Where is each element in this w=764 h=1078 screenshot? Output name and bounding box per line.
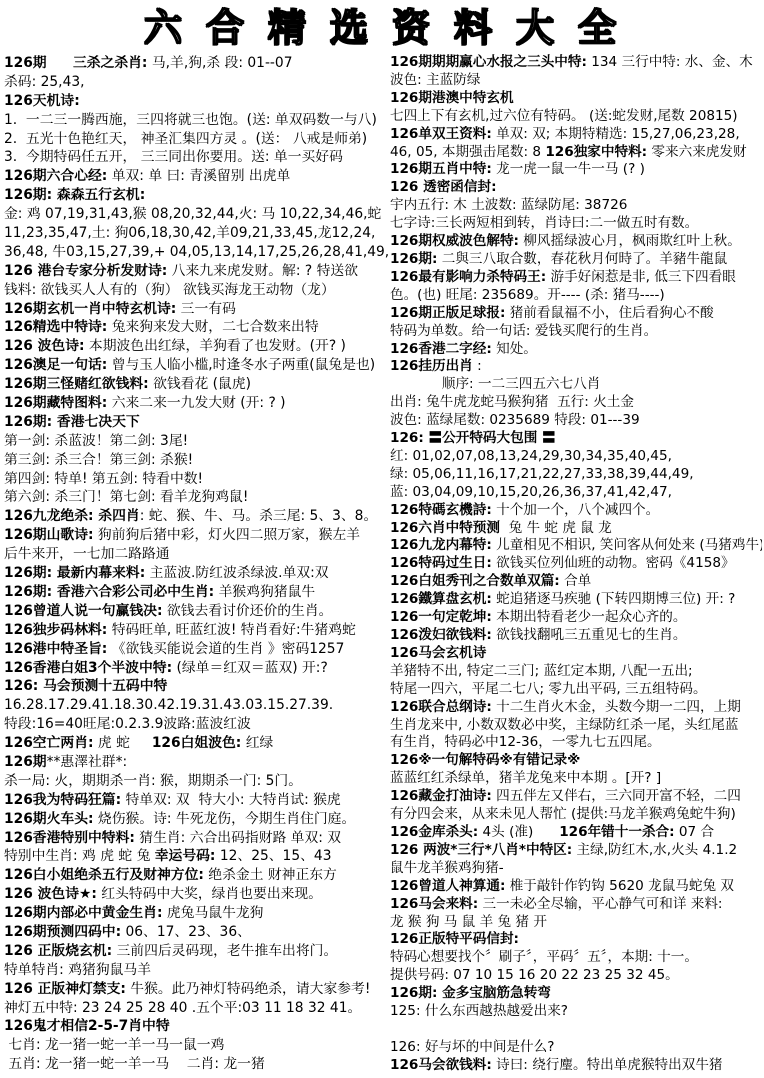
text-line: 126六肖中特预测 兔 牛 蛇 虎 鼠 龙 bbox=[390, 520, 762, 538]
text-line: 特码为单数。给一句话: 爱钱买爬行的生肖。 bbox=[390, 323, 762, 341]
section-text: 金: 鸡 07,19,31,43,猴 08,20,32,44,火: 马 10,2… bbox=[4, 206, 381, 222]
section-label: 126※一句解特码※有错记录※ bbox=[390, 752, 580, 768]
section-text: 诗曰: 绕行麈。特出单虎猴特出双牛猪 bbox=[492, 1057, 723, 1073]
section-text: 特码为单数。给一句话: 爱钱买爬行的生肖。 bbox=[390, 323, 657, 339]
section-text: 本期出特看老少一起众心齐的。 bbox=[492, 609, 687, 625]
text-line: 126九龙绝杀: 杀四肖: 蛇、猴、牛、马。杀三尾: 5、3、8。 bbox=[4, 507, 390, 526]
text-line: 126※一句解特码※有错记录※ bbox=[390, 752, 762, 770]
section-label: 126香港特别中特料: bbox=[4, 830, 135, 846]
text-line: 126期内部必中黄金生肖: 虎兔马鼠牛龙狗 bbox=[4, 904, 390, 923]
text-line bbox=[390, 1021, 762, 1039]
section-text: 波色: 主蓝防绿 bbox=[390, 72, 480, 88]
section-text: 羊猪特不出, 特定二三门; 蓝红定本期, 八配一五出; bbox=[390, 663, 693, 679]
text-line: 126期: 金多宝脑筋急转弯 bbox=[390, 985, 762, 1003]
section-label: 126港中特圣旨: bbox=[4, 641, 107, 657]
section-text: : bbox=[473, 358, 482, 374]
section-text: 波色: 蓝绿尾数: 0235689 特段: 01---39 bbox=[390, 412, 640, 428]
text-line: 色。(也) 旺尾: 235689。开---- (杀: 猪马----) bbox=[390, 287, 762, 305]
text-line: 126 两波*三行*八肖*中特区: 主绿,防红木,水,火头 4.1.2 bbox=[390, 842, 762, 860]
text-line: 126最有影响力杀特码王: 游手好闲惹是非, 低三下四看眼 bbox=[390, 269, 762, 287]
text-line: 126期三怪赌红欲钱料: 欲钱看花 (鼠虎) bbox=[4, 375, 390, 394]
section-text: 绿: 05,06,11,16,17,21,22,27,33,38,39,44,4… bbox=[390, 466, 694, 482]
section-text: 羊猴鸡狗猪鼠牛 bbox=[214, 584, 315, 600]
text-line: 有分四会来，从来未见人帮忙 (提供:马龙羊猴鸡兔蛇牛狗) bbox=[390, 806, 762, 824]
section-text: 三前四后灵码现，老牛推车出将门。 bbox=[112, 943, 337, 959]
text-line: 鼠牛龙羊猴鸡狗猪- bbox=[390, 860, 762, 878]
text-line: 126: 马会预测十五码中特 bbox=[4, 677, 390, 696]
text-line: 126港中特圣旨: 《欲钱买能说会道的生肖 》密码1257 bbox=[4, 640, 390, 659]
section-label: 126期六合心经: bbox=[4, 168, 107, 184]
section-text: 顺序: 一二三四五六七八肖 bbox=[390, 376, 600, 392]
text-line: 3. 今期特码任五开， 三三同出你要用。送: 单一买好码 bbox=[4, 148, 390, 167]
section-label: 126正版特平码信封: bbox=[390, 931, 519, 947]
text-line: 特尾一四六，平尾二七八; 零九出平码, 三五组特码。 bbox=[390, 681, 762, 699]
section-label: 126天机诗: bbox=[4, 93, 80, 109]
section-label: 126期正版足球报: bbox=[390, 305, 505, 321]
section-label: 126期: 香港七决天下 bbox=[4, 414, 140, 430]
text-line: 第六剑: 杀三门！第七剑: 看羊龙狗鸡鼠! bbox=[4, 488, 390, 507]
section-label: 126金库杀头: bbox=[390, 824, 478, 840]
section-text: 十二生肖火木金，头数今期一二四，上期 bbox=[492, 699, 741, 715]
section-text: 红: 01,02,07,08,13,24,29,30,34,35,40,45, bbox=[390, 448, 672, 464]
section-label: 126 两波*三行*八肖*中特区: bbox=[390, 842, 572, 858]
section-text: 36,48, 牛03,15,27,39,+ 04,05,13,14,17,25,… bbox=[4, 244, 389, 260]
section-text: 第六剑: 杀三门！第七剑: 看羊龙狗鸡鼠! bbox=[4, 489, 248, 505]
text-line: 特段:16=40旺尾:0.2.3.9波路:蓝波红波 bbox=[4, 715, 390, 734]
left-column: 126期 三杀之杀肖: 马,羊,狗,杀 段: 01--07杀码: 25,43,1… bbox=[4, 54, 390, 1075]
section-label: 126期预测四码中: bbox=[4, 924, 121, 940]
text-line: 126期: 二與三八取合數，春花秋月何時了。羊豬牛龍鼠 bbox=[390, 251, 762, 269]
text-line: 125: 什么东西越热越爱出来? bbox=[390, 1003, 762, 1021]
section-text: 后牛来开，一七加二路路通 bbox=[4, 546, 170, 562]
section-text: 提供号码: 07 10 15 16 20 22 23 25 32 45。 bbox=[390, 967, 679, 983]
section-text: 马,羊,狗,杀 段: 01--07 bbox=[147, 55, 292, 71]
text-line: 126联合总纲诗: 十二生肖火木金，头数今期一二四，上期 bbox=[390, 699, 762, 717]
text-line: 126精选中特诗: 兔来狗来发大财，二七合数来出特 bbox=[4, 318, 390, 337]
section-text: 3. 今期特码任五开， 三三同出你要用。送: 单一买好码 bbox=[4, 149, 343, 165]
text-line: 杀码: 25,43, bbox=[4, 73, 390, 92]
section-text: 兔来狗来发大财，二七合数来出特 bbox=[107, 319, 318, 335]
section-text: 16.28.17.29.41.18.30.42.19.31.43.03.15.2… bbox=[4, 697, 333, 713]
section-label: 126鐵算盘玄机: bbox=[390, 591, 492, 607]
section-text: 蓝: 03,04,09,10,15,20,26,36,37,41,42,47, bbox=[390, 484, 672, 500]
section-text: 杀一局: 火，期期杀一肖: 猴，期期杀一门: 5门。 bbox=[4, 773, 302, 789]
section-label: 126期玄机一肖中特玄机诗: bbox=[4, 301, 176, 317]
section-label: 126 波色诗: bbox=[4, 338, 85, 354]
section-text: 柳风摇绿波心月，枫雨欺红叶上秋。 bbox=[519, 233, 741, 249]
section-text: 钱料: 欲钱买人人有的（狗） 欲钱买海龙王动物（龙） bbox=[4, 282, 335, 298]
section-label: 126鬼才相信2-5-7肖中特 bbox=[4, 1018, 170, 1034]
section-text: 知处。 bbox=[492, 341, 537, 357]
section-label: 126马会玄机诗 bbox=[390, 645, 486, 661]
text-line: 蓝: 03,04,09,10,15,20,26,36,37,41,42,47, bbox=[390, 484, 762, 502]
text-line: 126: 〓公开特码大包围 〓 bbox=[390, 430, 762, 448]
section-label: 126期火车头: bbox=[4, 811, 94, 827]
section-text: 46, 05, 本期强击尾数: 8 bbox=[390, 144, 545, 160]
section-label: 126: 马会预测十五码中特 bbox=[4, 678, 167, 694]
text-line: 126期玄机一肖中特玄机诗: 三一有码 bbox=[4, 300, 390, 319]
section-label: 126特碼玄機詩: bbox=[390, 502, 492, 518]
text-line: 宇内五行: 木 土波数: 蓝绿防尾: 38726 bbox=[390, 197, 762, 215]
section-text: 合单 bbox=[560, 573, 592, 589]
text-line: 出肖: 兔牛虎龙蛇马猴狗猪 五行: 火土金 bbox=[390, 394, 762, 412]
text-line: 126 正版神灯禁支: 牛猴。此乃神灯特码绝杀，请大家参考! bbox=[4, 980, 390, 999]
text-line: 126鐵算盘玄机: 蛇追猪逐马疾驰 (下转四期博三位) 开: ? bbox=[390, 591, 762, 609]
section-text: 2. 五光十色艳红天， 神圣汇集四方灵 。(送： 八戒是师弟) bbox=[4, 131, 367, 147]
section-text: 特单双: 双 特大小: 大特肖试: 猴虎 bbox=[121, 792, 341, 808]
section-text: 猜生肖: 六合出码指财路 单双: 双 bbox=[135, 830, 341, 846]
section-label: 126期: 最新内幕来料: bbox=[4, 565, 145, 581]
section-label: 126澳足一句话: bbox=[4, 357, 107, 373]
section-text: 三一有码 bbox=[176, 301, 236, 317]
text-line: 波色: 主蓝防绿 bbox=[390, 72, 762, 90]
section-label: 126 透密函信封: bbox=[390, 179, 497, 195]
section-text: 虎 蛇 bbox=[94, 735, 152, 751]
section-text: 出肖: 兔牛虎龙蛇马猴狗猪 五行: 火土金 bbox=[390, 394, 634, 410]
text-line: 顺序: 一二三四五六七八肖 bbox=[390, 376, 762, 394]
section-text: 主绿,防红木,水,火头 4.1.2 bbox=[572, 842, 737, 858]
section-text: **惠澤社群*: bbox=[47, 754, 128, 770]
section-label: 126白姐波色: bbox=[152, 735, 242, 751]
text-line: 16.28.17.29.41.18.30.42.19.31.43.03.15.2… bbox=[4, 696, 390, 715]
section-text: 11,23,35,47,土: 狗06,18,30,42,羊09,21,33,45… bbox=[4, 225, 375, 241]
section-label: 126特码过生日: bbox=[390, 555, 492, 571]
lottery-info-sheet: 六合精选资料大全 126期 三杀之杀肖: 马,羊,狗,杀 段: 01--07杀码… bbox=[0, 0, 764, 1078]
section-label: 126独步码林料: bbox=[4, 622, 107, 638]
section-label: 126 正版神灯禁支: bbox=[4, 981, 126, 997]
section-label: 126期山歌诗: bbox=[4, 527, 94, 543]
section-label: 126挂历出肖 bbox=[390, 358, 473, 374]
section-text: 第三剑: 杀三合！第三剑: 杀猴! bbox=[4, 452, 193, 468]
text-line: 1. 一二三一腾西施，三四将就三也饱。(送: 单双码数一与八) bbox=[4, 111, 390, 130]
section-text: 宇内五行: 木 土波数: 蓝绿防尾: 38726 bbox=[390, 197, 627, 213]
section-text: 134 三行中特: 水、金、木 bbox=[587, 54, 753, 70]
text-line: 提供号码: 07 10 15 16 20 22 23 25 32 45。 bbox=[390, 967, 762, 985]
text-line: 第四剑: 特单! 第五剑: 特看中数! bbox=[4, 470, 390, 489]
text-line: 11,23,35,47,土: 狗06,18,30,42,羊09,21,33,45… bbox=[4, 224, 390, 243]
text-line: 第一剑: 杀蓝波！第二剑: 3尾! bbox=[4, 432, 390, 451]
text-line: 126: 好与坏的中间是什么? bbox=[390, 1039, 762, 1057]
section-text: 4头 (准) bbox=[478, 824, 559, 840]
section-text: 游手好闲惹是非, 低三下四看眼 bbox=[546, 269, 736, 285]
page-title: 六合精选资料大全 bbox=[0, 0, 764, 52]
section-text: 虎兔马鼠牛龙狗 bbox=[163, 905, 264, 921]
text-line: 126天机诗: bbox=[4, 92, 390, 111]
text-line: 126挂历出肖 : bbox=[390, 358, 762, 376]
text-line: 126期 三杀之杀肖: 马,羊,狗,杀 段: 01--07 bbox=[4, 54, 390, 73]
section-label: 126一句定乾坤: bbox=[390, 609, 492, 625]
section-text: 红头特码中大奖，绿肖也要出来现。 bbox=[97, 886, 322, 902]
text-line: 金: 鸡 07,19,31,43,猴 08,20,32,44,火: 马 10,2… bbox=[4, 205, 390, 224]
section-label: 126精选中特诗: bbox=[4, 319, 107, 335]
text-line: 126白姐秀刊之合数单双篇: 合单 bbox=[390, 573, 762, 591]
text-line: 126正版特平码信封: bbox=[390, 931, 762, 949]
section-text: 12、25、15、43 bbox=[215, 848, 331, 864]
text-line: 126香港二字经: 知处。 bbox=[390, 341, 762, 359]
text-line: 羊猪特不出, 特定二三门; 蓝红定本期, 八配一五出; bbox=[390, 663, 762, 681]
text-line: 126澳足一句话: 曾与玉人临小槛,时逢冬水子两重(鼠兔是也) bbox=[4, 356, 390, 375]
section-text: 兔 牛 蛇 虎 鼠 龙 bbox=[500, 520, 612, 536]
text-line: 后牛来开，一七加二路路通 bbox=[4, 545, 390, 564]
section-text: 神灯五中特: 23 24 25 28 40 .五个平:03 11 18 32 4… bbox=[4, 1000, 361, 1016]
section-text: 主蓝波.防红波杀绿波.单双:双 bbox=[145, 565, 328, 581]
section-text: 单双: 单 曰: 青溪留别 出虎单 bbox=[107, 168, 290, 184]
section-text: 七字诗:三长两短相到转，肖诗曰:二一做五时有数。 bbox=[390, 215, 698, 231]
section-label: 126泼妇欲钱料: bbox=[390, 627, 492, 643]
text-line: 杀一局: 火，期期杀一肖: 猴，期期杀一门: 5门。 bbox=[4, 772, 390, 791]
section-label: 126藏金打油诗: bbox=[390, 788, 492, 804]
text-line: 126期预测四码中: 06、17、23、36、 bbox=[4, 923, 390, 942]
section-text: 曾与玉人临小槛,时逢冬水子两重(鼠兔是也) bbox=[107, 357, 375, 373]
section-text: 生肖龙来中, 小数双数必中奖，主绿防红杀一尾，头红尾蓝 bbox=[390, 717, 738, 733]
text-line: 126 波色诗★: 红头特码中大奖，绿肖也要出来现。 bbox=[4, 885, 390, 904]
text-line: 126曾道人神算通: 椎于敲针作钓钩 5620 龙鼠马蛇兔 双 bbox=[390, 878, 762, 896]
section-label: 126 港台专家分析发财诗: bbox=[4, 263, 167, 279]
section-text: 欲钱买位列仙班的动物。密码《4158》 bbox=[492, 555, 735, 571]
text-line: 126 透密函信封: bbox=[390, 179, 762, 197]
section-label: 幸运号码: bbox=[155, 848, 216, 864]
section-text: 绝杀金土 财神正东方 bbox=[204, 867, 337, 883]
text-line: 龙 猴 狗 马 鼠 羊 兔 猪 开 bbox=[390, 914, 762, 932]
section-text: 单双: 双; 本期特精选: 15,27,06,23,28, bbox=[492, 126, 740, 142]
text-line: 126空亡两肖: 虎 蛇 126白姐波色: 红绿 bbox=[4, 734, 390, 753]
text-line: 126马会来料: 三一未必全尽输，平心静气可和详 来料: bbox=[390, 896, 762, 914]
section-text: 八来九来虎发财。解: ? 特送欲 bbox=[167, 263, 358, 279]
section-label: 126年错十一杀合: bbox=[559, 824, 674, 840]
text-line: 126期: 最新内幕来料: 主蓝波.防红波杀绿波.单双:双 bbox=[4, 564, 390, 583]
text-line: 特单特肖: 鸡猪狗鼠马羊 bbox=[4, 961, 390, 980]
text-line: 126期: 森森五行玄机: bbox=[4, 186, 390, 205]
section-text: 欲钱看花 (鼠虎) bbox=[149, 376, 251, 392]
section-text: 特段:16=40旺尾:0.2.3.9波路:蓝波红波 bbox=[4, 716, 251, 732]
section-text: 第四剑: 特单! 第五剑: 特看中数! bbox=[4, 471, 203, 487]
text-line: 126我为特码狂篇: 特单双: 双 特大小: 大特肖试: 猴虎 bbox=[4, 791, 390, 810]
section-text: 07 合 bbox=[675, 824, 715, 840]
text-line: 七肖: 龙一猪一蛇一羊一马一鼠一鸡 bbox=[4, 1036, 390, 1055]
text-line: 钱料: 欲钱买人人有的（狗） 欲钱买海龙王动物（龙） bbox=[4, 281, 390, 300]
text-line: 蓝蓝红红杀绿单，猪羊龙兔来中本期 。[开? ] bbox=[390, 770, 762, 788]
text-line: 126香港白姐3个半波中特: (绿单＝红双＝蓝双) 开:? bbox=[4, 659, 390, 678]
section-label: 126期港澳中特玄机 bbox=[390, 90, 514, 106]
section-text: 色。(也) 旺尾: 235689。开---- (杀: 猪马----) bbox=[390, 287, 665, 303]
section-text bbox=[47, 55, 73, 71]
text-line: 特码心想要找个〞刷子〞，平码〞五〞，本期: 十一。 bbox=[390, 949, 762, 967]
section-label: 126期 bbox=[4, 754, 47, 770]
section-text: 七肖: 龙一猪一蛇一羊一马一鼠一鸡 bbox=[4, 1037, 224, 1053]
section-label: 126期期期赢心水报之三头中特: bbox=[390, 54, 587, 70]
section-label: 126我为特码狂篇: bbox=[4, 792, 121, 808]
text-line: 126一句定乾坤: 本期出特看老少一起众心齐的。 bbox=[390, 609, 762, 627]
section-text: 零来六来虎发财 bbox=[647, 144, 746, 160]
text-line: 126期火车头: 烧伤猴。诗: 牛死龙伤，今期生肖住门庭。 bbox=[4, 810, 390, 829]
text-line: 126期期期赢心水报之三头中特: 134 三行中特: 水、金、木 bbox=[390, 54, 762, 72]
section-text: 《欲钱买能说会道的生肖 》密码1257 bbox=[107, 641, 344, 657]
section-text: 第一剑: 杀蓝波！第二剑: 3尾! bbox=[4, 433, 188, 449]
section-text: 红绿 bbox=[241, 735, 273, 751]
section-text: 欲钱找翻吼三五重见七的生肖。 bbox=[492, 627, 687, 643]
text-line: 五肖: 龙一猪一蛇一羊一马 二肖: 龙一猪 bbox=[4, 1055, 390, 1074]
section-label: 126期藏特图料: bbox=[4, 395, 107, 411]
text-line: 126香港特别中特料: 猜生肖: 六合出码指财路 单双: 双 bbox=[4, 829, 390, 848]
text-line: 七字诗:三长两短相到转，肖诗曰:二一做五时有数。 bbox=[390, 215, 762, 233]
section-label: 126期: 金多宝脑筋急转弯 bbox=[390, 985, 551, 1001]
text-line: 特别中生肖: 鸡 虎 蛇 兔 幸运号码: 12、25、15、43 bbox=[4, 847, 390, 866]
section-text: 特别中生肖: 鸡 虎 蛇 兔 bbox=[4, 848, 155, 864]
text-line: 126九龙内幕特: 儿童相见不相识, 笑问客从何处来 (马猪鸡牛) bbox=[390, 537, 762, 555]
section-label: 126白小姐绝杀五行及财神方位: bbox=[4, 867, 204, 883]
text-line: 第三剑: 杀三合！第三剑: 杀猴! bbox=[4, 451, 390, 470]
text-line: 126期: 香港七决天下 bbox=[4, 413, 390, 432]
section-text: 杀码: 25,43, bbox=[4, 74, 85, 90]
text-line: 有生肖，特码必中12-36，一零九七五四尾。 bbox=[390, 734, 762, 752]
text-line: 126期: 香港六合彩公司必中生肖: 羊猴鸡狗猪鼠牛 bbox=[4, 583, 390, 602]
section-text: 六来二来一九发大财 (开: ? ) bbox=[107, 395, 285, 411]
section-label: 126单双王资料: bbox=[390, 126, 492, 142]
section-label: 126期五肖中特: bbox=[390, 161, 492, 177]
text-line: 126单双王资料: 单双: 双; 本期特精选: 15,27,06,23,28, bbox=[390, 126, 762, 144]
section-text: 烧伤猴。诗: 牛死龙伤，今期生肖住门庭。 bbox=[94, 811, 356, 827]
text-line: 126金库杀头: 4头 (准) 126年错十一杀合: 07 合 bbox=[390, 824, 762, 842]
section-text: 蓝蓝红红杀绿单，猪羊龙兔来中本期 。[开? ] bbox=[390, 770, 661, 786]
section-label: 126马会来料: bbox=[390, 896, 478, 912]
text-line: 126特碼玄機詩: 十个加一个，八个减四个。 bbox=[390, 502, 762, 520]
section-label: 126香港白姐3个半波中特: bbox=[4, 660, 172, 676]
section-text: 06、17、23、36、 bbox=[121, 924, 251, 940]
text-line: 126期藏特图料: 六来二来一九发大财 (开: ? ) bbox=[4, 394, 390, 413]
section-text: 五肖: 龙一猪一蛇一羊一马 二肖: 龙一猪 bbox=[4, 1056, 265, 1072]
text-line: 126期港澳中特玄机 bbox=[390, 90, 762, 108]
text-line: 36,48, 牛03,15,27,39,+ 04,05,13,14,17,25,… bbox=[4, 243, 390, 262]
section-label: 126最有影响力杀特码王: bbox=[390, 269, 546, 285]
text-line: 生肖龙来中, 小数双数必中奖，主绿防红杀一尾，头红尾蓝 bbox=[390, 717, 762, 735]
text-line: 46, 05, 本期强击尾数: 8 126独家中特料: 零来六来虎发财 bbox=[390, 144, 762, 162]
text-line: 126 波色诗: 本期波色出红绿，羊狗看了也发财。(开? ) bbox=[4, 337, 390, 356]
text-line: 波色: 蓝绿尾数: 0235689 特段: 01---39 bbox=[390, 412, 762, 430]
section-label: 126期内部必中黄金生肖: bbox=[4, 905, 163, 921]
text-line: 126期正版足球报: 猪前看鼠福不小，住后看狗心不酸 bbox=[390, 305, 762, 323]
text-line: 126马会玄机诗 bbox=[390, 645, 762, 663]
section-text: 七四上下有玄机,过六位有特码。 (送:蛇发财,尾数 20815) bbox=[390, 108, 738, 124]
section-text: 本期波色出红绿，羊狗看了也发财。(开? ) bbox=[85, 338, 346, 354]
section-text: 狗前狗后猪中彩，灯火四二照万家，猴左羊 bbox=[94, 527, 361, 543]
text-line: 红: 01,02,07,08,13,24,29,30,34,35,40,45, bbox=[390, 448, 762, 466]
section-text: 有生肖，特码必中12-36，一零九七五四尾。 bbox=[390, 734, 661, 750]
text-line: 126期山歌诗: 狗前狗后猪中彩，灯火四二照万家，猴左羊 bbox=[4, 526, 390, 545]
section-label: 126曾道人神算通: bbox=[390, 878, 505, 894]
section-text: 二與三八取合數，春花秋月何時了。羊豬牛龍鼠 bbox=[437, 251, 727, 267]
text-line: 126期权威波色解特: 柳风摇绿波心月，枫雨欺红叶上秋。 bbox=[390, 233, 762, 251]
section-label: 126期 bbox=[4, 55, 47, 71]
section-label: 126期三怪赌红欲钱料: bbox=[4, 376, 149, 392]
section-label: 126期权威波色解特: bbox=[390, 233, 519, 249]
section-text: 特尾一四六，平尾二七八; 零九出平码, 三五组特码。 bbox=[390, 681, 707, 697]
text-line: 2. 五光十色艳红天， 神圣汇集四方灵 。(送： 八戒是师弟) bbox=[4, 130, 390, 149]
text-line: 126期**惠澤社群*: bbox=[4, 753, 390, 772]
section-text: 鼠牛龙羊猴鸡狗猪- bbox=[390, 860, 504, 876]
section-text: 1. 一二三一腾西施，三四将就三也饱。(送: 单双码数一与八) bbox=[4, 112, 377, 128]
section-text: 有分四会来，从来未见人帮忙 (提供:马龙羊猴鸡兔蛇牛狗) bbox=[390, 806, 736, 822]
section-label: 126期: 香港六合彩公司必中生肖: bbox=[4, 584, 214, 600]
text-line: 七四上下有玄机,过六位有特码。 (送:蛇发财,尾数 20815) bbox=[390, 108, 762, 126]
text-line: 神灯五中特: 23 24 25 28 40 .五个平:03 11 18 32 4… bbox=[4, 999, 390, 1018]
text-line: 126马会欲钱料: 诗曰: 绕行麈。特出单虎猴特出双牛猪 bbox=[390, 1057, 762, 1075]
section-text: 椎于敲针作钓钩 5620 龙鼠马蛇兔 双 bbox=[505, 878, 734, 894]
section-label: 126期: 森森五行玄机: bbox=[4, 187, 145, 203]
text-line: 126鬼才相信2-5-7肖中特 bbox=[4, 1017, 390, 1036]
text-line: 126独步码林料: 特码旺单, 旺蓝红波! 特肖看好:牛猪鸡蛇 bbox=[4, 621, 390, 640]
two-column-body: 126期 三杀之杀肖: 马,羊,狗,杀 段: 01--07杀码: 25,43,1… bbox=[0, 52, 764, 1075]
section-text: 特码旺单, 旺蓝红波! 特肖看好:牛猪鸡蛇 bbox=[107, 622, 355, 638]
section-label: 126曾道人说一句赢钱决: bbox=[4, 603, 163, 619]
section-label: 126香港二字经: bbox=[390, 341, 492, 357]
text-line: 126期五肖中特: 龙一虎一鼠一牛一马 (? ) bbox=[390, 161, 762, 179]
right-column: 126期期期赢心水报之三头中特: 134 三行中特: 水、金、木波色: 主蓝防绿… bbox=[390, 54, 762, 1075]
section-label: 126空亡两肖: bbox=[4, 735, 94, 751]
text-line: 126曾道人说一句赢钱决: 欲钱去看讨价还价的生肖。 bbox=[4, 602, 390, 621]
section-text: 欲钱去看讨价还价的生肖。 bbox=[163, 603, 333, 619]
text-line: 126泼妇欲钱料: 欲钱找翻吼三五重见七的生肖。 bbox=[390, 627, 762, 645]
section-label: 126 正版烧玄机: bbox=[4, 943, 112, 959]
section-label: 126六肖中特预测 bbox=[390, 520, 500, 536]
section-text: 特码心想要找个〞刷子〞，平码〞五〞，本期: 十一。 bbox=[390, 949, 698, 965]
section-text: (绿单＝红双＝蓝双) 开:? bbox=[172, 660, 328, 676]
text-line: 126 港台专家分析发财诗: 八来九来虎发财。解: ? 特送欲 bbox=[4, 262, 390, 281]
section-text: 四五伴左又伴右，三六同开富不轻，二四 bbox=[492, 788, 741, 804]
text-line: 绿: 05,06,11,16,17,21,22,27,33,38,39,44,4… bbox=[390, 466, 762, 484]
section-text: 龙一虎一鼠一牛一马 (? ) bbox=[492, 161, 645, 177]
text-line: 126白小姐绝杀五行及财神方位: 绝杀金土 财神正东方 bbox=[4, 866, 390, 885]
section-text: 牛猴。此乃神灯特码绝杀，请大家参考! bbox=[126, 981, 370, 997]
section-label: 126期: bbox=[390, 251, 437, 267]
section-label: 126九龙内幕特: bbox=[390, 537, 492, 553]
section-text: 126: 好与坏的中间是什么? bbox=[390, 1039, 554, 1055]
section-label: 126联合总纲诗: bbox=[390, 699, 492, 715]
section-label: 126独家中特料: bbox=[545, 144, 647, 160]
section-text: 特单特肖: 鸡猪狗鼠马羊 bbox=[4, 962, 151, 978]
section-label: 126 波色诗★: bbox=[4, 886, 97, 902]
section-text: 125: 什么东西越热越爱出来? bbox=[390, 1003, 568, 1019]
section-text: 蛇追猪逐马疾驰 (下转四期博三位) 开: ? bbox=[492, 591, 736, 607]
section-text: 十个加一个，八个减四个。 bbox=[492, 502, 659, 518]
section-text: : 蛇、猴、牛、马。杀三尾: 5、3、8。 bbox=[140, 508, 378, 524]
section-label: 126: 〓公开特码大包围 〓 bbox=[390, 430, 556, 446]
section-text: 龙 猴 狗 马 鼠 羊 兔 猪 开 bbox=[390, 914, 547, 930]
section-label: 126九龙绝杀: 杀四肖 bbox=[4, 508, 140, 524]
text-line: 126特码过生日: 欲钱买位列仙班的动物。密码《4158》 bbox=[390, 555, 762, 573]
text-line: 126 正版烧玄机: 三前四后灵码现，老牛推车出将门。 bbox=[4, 942, 390, 961]
section-label: 126白姐秀刊之合数单双篇: bbox=[390, 573, 560, 589]
section-text: 猪前看鼠福不小，住后看狗心不酸 bbox=[505, 305, 713, 321]
section-label: 126马会欲钱料: bbox=[390, 1057, 492, 1073]
section-label: 三杀之杀肖: bbox=[73, 55, 148, 71]
text-line: 126期六合心经: 单双: 单 曰: 青溪留别 出虎单 bbox=[4, 167, 390, 186]
section-text: 儿童相见不相识, 笑问客从何处来 (马猪鸡牛) bbox=[492, 537, 762, 553]
text-line: 126藏金打油诗: 四五伴左又伴右，三六同开富不轻，二四 bbox=[390, 788, 762, 806]
section-text: 三一未必全尽输，平心静气可和详 来料: bbox=[478, 896, 722, 912]
